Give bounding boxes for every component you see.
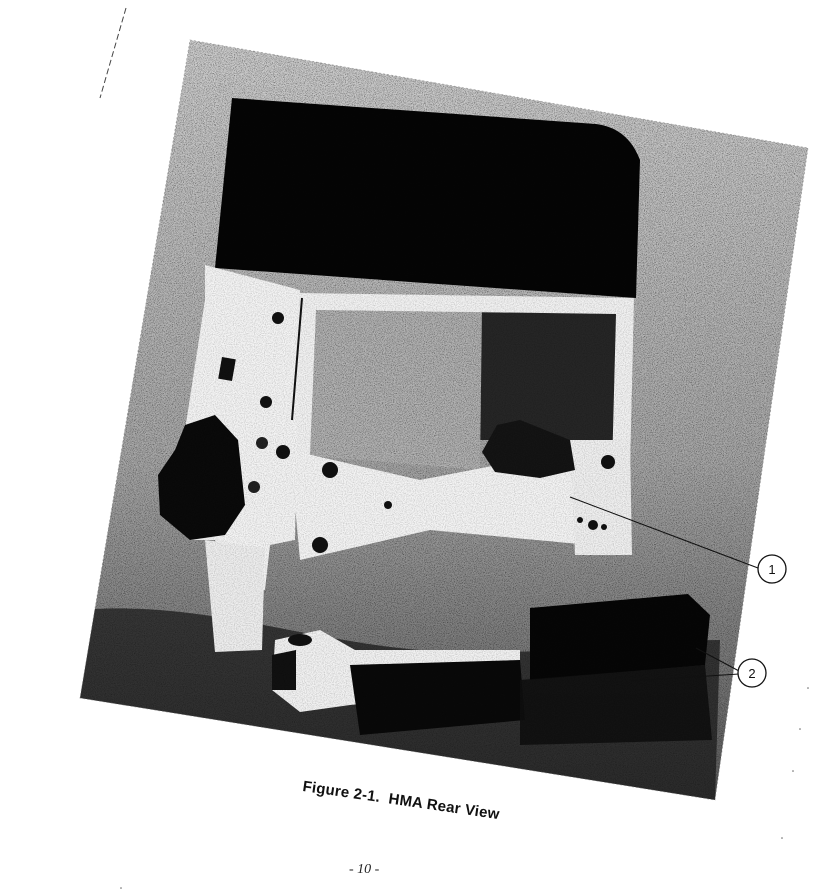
scan-artifact-line bbox=[100, 8, 126, 98]
figure-photo: 1 2 bbox=[0, 0, 835, 896]
callout-2-label: 2 bbox=[748, 666, 755, 681]
callout-1-label: 1 bbox=[768, 562, 775, 577]
document-page: 1 2 Figure 2-1. HMA Rear View - 10 - bbox=[0, 0, 835, 896]
page-number: - 10 - bbox=[349, 862, 379, 878]
